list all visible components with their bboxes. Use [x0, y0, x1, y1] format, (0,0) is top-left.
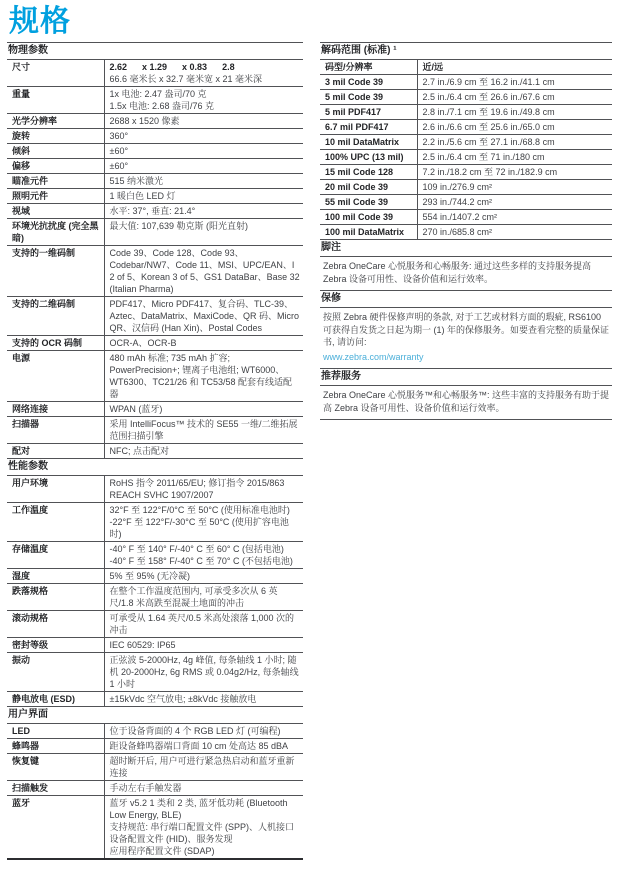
table-row: 存储温度-40° F 至 140° F/-40° C 至 60° C (包括电池…: [7, 542, 303, 569]
spec-value-line: 距设备蜂鸣器端口背面 10 cm 处高达 85 dBA: [110, 740, 301, 752]
decode-range: 2.7 in./6.9 cm 至 16.2 in./41.1 cm: [417, 75, 612, 90]
spec-value-line: OCR-A、OCR-B: [110, 337, 301, 349]
spec-value-line: PDF417、Micro PDF417、复合码、TLC-39、Aztec、Dat…: [110, 298, 301, 334]
spec-label: 倾斜: [7, 144, 104, 159]
paragraph: 按照 Zebra 硬件保修声明的条款, 对于工艺或材料方面的瑕疵, RS6100…: [323, 311, 611, 349]
decode-range: 293 in./744.2 cm²: [417, 195, 612, 210]
spec-value: 正弦波 5-2000Hz, 4g 峰值, 每条轴线 1 小时; 随机 20-20…: [104, 653, 303, 692]
decode-symbology: 15 mil Code 128: [320, 165, 417, 180]
spec-value: 距设备蜂鸣器端口背面 10 cm 处高达 85 dBA: [104, 739, 303, 754]
spec-label: 工作温度: [7, 503, 104, 542]
table-row: 密封等级IEC 60529: IP65: [7, 638, 303, 653]
table-row: 旋转360°: [7, 129, 303, 144]
table-row: 100 mil DataMatrix270 in./685.8 cm²: [320, 225, 612, 240]
spec-value: PDF417、Micro PDF417、复合码、TLC-39、Aztec、Dat…: [104, 297, 303, 336]
spec-label: 扫描触发: [7, 781, 104, 796]
table-row: 5 mil Code 392.5 in./6.4 cm 至 26.6 in./6…: [320, 90, 612, 105]
table-row: 振动正弦波 5-2000Hz, 4g 峰值, 每条轴线 1 小时; 随机 20-…: [7, 653, 303, 692]
spec-value: ±60°: [104, 159, 303, 174]
table-row: 视域水平: 37°, 垂直: 21.4°: [7, 204, 303, 219]
table-row: 支持的一维码制Code 39、Code 128、Code 93、Codebar/…: [7, 246, 303, 297]
decode-symbology: 3 mil Code 39: [320, 75, 417, 90]
spec-value-line: 手动左右手触发器: [110, 782, 301, 794]
spec-value: 采用 IntelliFocus™ 技术的 SE55 一维/二维拓展范围扫描引擎: [104, 417, 303, 444]
spec-label: 重量: [7, 87, 104, 114]
table-row: 15 mil Code 1287.2 in./18.2 cm 至 72 in./…: [320, 165, 612, 180]
spec-label: 光学分辨率: [7, 114, 104, 129]
spec-value-line: ±15kVdc 空气放电; ±8kVdc 接触放电: [110, 693, 301, 705]
spec-table: 用户环境RoHS 指令 2011/65/EU; 修订指令 2015/863REA…: [7, 475, 303, 706]
table-row: 瞄准元件515 纳米激光: [7, 174, 303, 189]
table-row: 配对NFC; 点击配对: [7, 444, 303, 459]
spec-label: 旋转: [7, 129, 104, 144]
section-body: Zebra OneCare 心悦服务和心畅服务: 通过这些多样的支持服务提高 Z…: [320, 256, 612, 290]
spec-label: 蜂鸣器: [7, 739, 104, 754]
table-row: 支持的二维码制PDF417、Micro PDF417、复合码、TLC-39、Az…: [7, 297, 303, 336]
table-row: 跌落规格在整个工作温度范围内, 可承受多次从 6 英尺/1.8 米高跌至混凝土地…: [7, 584, 303, 611]
spec-value: 蓝牙 v5.2 1 类和 2 类, 蓝牙低功耗 (Bluetooth Low E…: [104, 796, 303, 860]
spec-label: 湿度: [7, 569, 104, 584]
table-row: 滚动规格可承受从 1.64 英尺/0.5 米高处滚落 1,000 次的冲击: [7, 611, 303, 638]
table-row: 环境光抗扰度 (完全黑暗)最大值: 107,639 勒克斯 (阳光直射): [7, 219, 303, 246]
decode-symbology: 100% UPC (13 mil): [320, 150, 417, 165]
spec-value-line: NFC; 点击配对: [110, 445, 301, 457]
spec-label: 电源: [7, 351, 104, 402]
spec-value: 515 纳米激光: [104, 174, 303, 189]
spec-value-line: ±60°: [110, 160, 301, 172]
spec-value-line: 1.5x 电池: 2.68 盎司/76 克: [110, 100, 301, 112]
spec-value: 2688 x 1520 像素: [104, 114, 303, 129]
spec-label: 网络连接: [7, 402, 104, 417]
spec-label: 恢复键: [7, 754, 104, 781]
decode-range: 554 in./1407.2 cm²: [417, 210, 612, 225]
table-row: 重量1x 电池: 2.47 盎司/70 克1.5x 电池: 2.68 盎司/76…: [7, 87, 303, 114]
table-row: 静电放电 (ESD)±15kVdc 空气放电; ±8kVdc 接触放电: [7, 692, 303, 707]
spec-value-line: 1x 电池: 2.47 盎司/70 克: [110, 88, 301, 100]
decode-symbology: 55 mil Code 39: [320, 195, 417, 210]
decode-range: 2.2 in./5.6 cm 至 27.1 in./68.8 cm: [417, 135, 612, 150]
spec-label: 瞄准元件: [7, 174, 104, 189]
spec-value-line: Code 39、Code 128、Code 93、Codebar/NW7、Cod…: [110, 247, 301, 295]
spec-value: 2.62 x 1.29 x 0.83 2.866.6 毫米长 x 32.7 毫米…: [104, 60, 303, 87]
decode-col-symbology: 码型/分辨率: [320, 60, 417, 75]
spec-table: 尺寸2.62 x 1.29 x 0.83 2.866.6 毫米长 x 32.7 …: [7, 59, 303, 458]
section-body: 按照 Zebra 硬件保修声明的条款, 对于工艺或材料方面的瑕疵, RS6100…: [320, 307, 612, 368]
spec-value-line: 480 mAh 标准; 735 mAh 扩容; PowerPrecision+;…: [110, 352, 301, 400]
paragraph: Zebra OneCare 心悦服务™和心畅服务™: 这些丰富的支持服务有助于提…: [323, 389, 611, 414]
table-row: 3 mil Code 392.7 in./6.9 cm 至 16.2 in./4…: [320, 75, 612, 90]
spec-value-line: -40° F 至 158° F/-40° C 至 70° C (不包括电池): [110, 555, 301, 567]
spec-value: RoHS 指令 2011/65/EU; 修订指令 2015/863REACH S…: [104, 476, 303, 503]
decode-symbology: 10 mil DataMatrix: [320, 135, 417, 150]
warranty-link[interactable]: www.zebra.com/warranty: [323, 351, 424, 364]
section-header: 解码范围 (标准) ¹: [320, 42, 612, 59]
spec-label: 视域: [7, 204, 104, 219]
section-header: 性能参数: [7, 458, 303, 475]
spec-value: 5% 至 95% (无冷凝): [104, 569, 303, 584]
section-header: 保修: [320, 290, 612, 307]
table-row: 倾斜±60°: [7, 144, 303, 159]
decode-range: 2.5 in./6.4 cm 至 71 in./180 cm: [417, 150, 612, 165]
section-header: 脚注: [320, 239, 612, 256]
table-row: 100 mil Code 39554 in./1407.2 cm²: [320, 210, 612, 225]
spec-value: NFC; 点击配对: [104, 444, 303, 459]
table-row: 55 mil Code 39293 in./744.2 cm²: [320, 195, 612, 210]
decode-range-table: 码型/分辨率近/远3 mil Code 392.7 in./6.9 cm 至 1…: [320, 59, 612, 239]
spec-value: 位于设备背面的 4 个 RGB LED 灯 (可编程): [104, 724, 303, 739]
table-row: 蓝牙蓝牙 v5.2 1 类和 2 类, 蓝牙低功耗 (Bluetooth Low…: [7, 796, 303, 860]
spec-label: 静电放电 (ESD): [7, 692, 104, 707]
spec-value-line: 蓝牙 v5.2 1 类和 2 类, 蓝牙低功耗 (Bluetooth Low E…: [110, 797, 301, 821]
decode-symbology: 100 mil Code 39: [320, 210, 417, 225]
spec-value-line: 515 纳米激光: [110, 175, 301, 187]
spec-value-line: 可承受从 1.64 英尺/0.5 米高处滚落 1,000 次的冲击: [110, 612, 301, 636]
decode-range: 7.2 in./18.2 cm 至 72 in./182.9 cm: [417, 165, 612, 180]
table-row: 用户环境RoHS 指令 2011/65/EU; 修订指令 2015/863REA…: [7, 476, 303, 503]
spec-label: 扫描器: [7, 417, 104, 444]
table-row: 10 mil DataMatrix2.2 in./5.6 cm 至 27.1 i…: [320, 135, 612, 150]
spec-value-line: 1 暖白色 LED 灯: [110, 190, 301, 202]
decode-symbology: 100 mil DataMatrix: [320, 225, 417, 240]
decode-range: 109 in./276.9 cm²: [417, 180, 612, 195]
table-row: 100% UPC (13 mil)2.5 in./6.4 cm 至 71 in.…: [320, 150, 612, 165]
spec-value-line: 32°F 至 122°F/0°C 至 50°C (使用标准电池时): [110, 504, 301, 516]
spec-label: LED: [7, 724, 104, 739]
spec-value: ±60°: [104, 144, 303, 159]
spec-value: 360°: [104, 129, 303, 144]
table-row: 网络连接WPAN (蓝牙): [7, 402, 303, 417]
spec-label: 配对: [7, 444, 104, 459]
decode-symbology: 5 mil PDF417: [320, 105, 417, 120]
section-header: 物理参数: [7, 42, 303, 59]
spec-value-line: RoHS 指令 2011/65/EU; 修订指令 2015/863: [110, 477, 301, 489]
spec-label: 振动: [7, 653, 104, 692]
spec-label: 密封等级: [7, 638, 104, 653]
table-row: 尺寸2.62 x 1.29 x 0.83 2.866.6 毫米长 x 32.7 …: [7, 60, 303, 87]
decode-range: 2.5 in./6.4 cm 至 26.6 in./67.6 cm: [417, 90, 612, 105]
table-row: 5 mil PDF4172.8 in./7.1 cm 至 19.6 in./49…: [320, 105, 612, 120]
spec-value: 可承受从 1.64 英尺/0.5 米高处滚落 1,000 次的冲击: [104, 611, 303, 638]
spec-value-line: 最大值: 107,639 勒克斯 (阳光直射): [110, 220, 301, 232]
spec-label: 蓝牙: [7, 796, 104, 860]
spec-label: 环境光抗扰度 (完全黑暗): [7, 219, 104, 246]
table-row: 6.7 mil PDF4172.6 in./6.6 cm 至 25.6 in./…: [320, 120, 612, 135]
spec-value: 水平: 37°, 垂直: 21.4°: [104, 204, 303, 219]
table-row: 恢复键超时断开后, 用户可进行紧急热启动和蓝牙重新连接: [7, 754, 303, 781]
table-row: 工作温度32°F 至 122°F/0°C 至 50°C (使用标准电池时)-22…: [7, 503, 303, 542]
spec-value: 1x 电池: 2.47 盎司/70 克1.5x 电池: 2.68 盎司/76 克: [104, 87, 303, 114]
spec-value: 超时断开后, 用户可进行紧急热启动和蓝牙重新连接: [104, 754, 303, 781]
left-column: 物理参数尺寸2.62 x 1.29 x 0.83 2.866.6 毫米长 x 3…: [7, 42, 303, 860]
spec-value: IEC 60529: IP65: [104, 638, 303, 653]
spec-label: 支持的一维码制: [7, 246, 104, 297]
paragraph: Zebra OneCare 心悦服务和心畅服务: 通过这些多样的支持服务提高 Z…: [323, 260, 611, 285]
spec-label: 用户环境: [7, 476, 104, 503]
spec-value: -40° F 至 140° F/-40° C 至 60° C (包括电池)-40…: [104, 542, 303, 569]
spec-value-line: 2688 x 1520 像素: [110, 115, 301, 127]
spec-value: OCR-A、OCR-B: [104, 336, 303, 351]
spec-value-line: -22°F 至 122°F/-30°C 至 50°C (使用扩容电池时): [110, 516, 301, 540]
table-row: 扫描器采用 IntelliFocus™ 技术的 SE55 一维/二维拓展范围扫描…: [7, 417, 303, 444]
spec-value-line: 2.62 x 1.29 x 0.83 2.8: [110, 61, 301, 73]
spec-value-line: 水平: 37°, 垂直: 21.4°: [110, 205, 301, 217]
table-row: 照明元件1 暖白色 LED 灯: [7, 189, 303, 204]
spec-value-line: 支持规范: 串行端口配置文件 (SPP)、人机接口设备配置文件 (HID)、服务…: [110, 821, 301, 845]
spec-value: 手动左右手触发器: [104, 781, 303, 796]
spec-value: Code 39、Code 128、Code 93、Codebar/NW7、Cod…: [104, 246, 303, 297]
spec-value-line: 应用程序配置文件 (SDAP): [110, 845, 301, 857]
spec-table: LED位于设备背面的 4 个 RGB LED 灯 (可编程)蜂鸣器距设备蜂鸣器端…: [7, 723, 303, 860]
spec-label: 滚动规格: [7, 611, 104, 638]
spec-value-line: 在整个工作温度范围内, 可承受多次从 6 英尺/1.8 米高跌至混凝土地面的冲击: [110, 585, 301, 609]
decode-col-range: 近/远: [417, 60, 612, 75]
spec-value-line: ±60°: [110, 145, 301, 157]
spec-value-line: REACH SVHC 1907/2007: [110, 489, 301, 501]
spec-label: 照明元件: [7, 189, 104, 204]
spec-value-line: 正弦波 5-2000Hz, 4g 峰值, 每条轴线 1 小时; 随机 20-20…: [110, 654, 301, 690]
table-row: 蜂鸣器距设备蜂鸣器端口背面 10 cm 处高达 85 dBA: [7, 739, 303, 754]
table-row: 20 mil Code 39109 in./276.9 cm²: [320, 180, 612, 195]
spec-value-line: WPAN (蓝牙): [110, 403, 301, 415]
spec-value-line: 360°: [110, 130, 301, 142]
spec-columns: 物理参数尺寸2.62 x 1.29 x 0.83 2.866.6 毫米长 x 3…: [7, 42, 612, 860]
spec-label: 支持的 OCR 码制: [7, 336, 104, 351]
spec-value: 最大值: 107,639 勒克斯 (阳光直射): [104, 219, 303, 246]
spec-value-line: 采用 IntelliFocus™ 技术的 SE55 一维/二维拓展范围扫描引擎: [110, 418, 301, 442]
spec-label: 跌落规格: [7, 584, 104, 611]
spec-label: 偏移: [7, 159, 104, 174]
spec-label: 尺寸: [7, 60, 104, 87]
spec-label: 存储温度: [7, 542, 104, 569]
decode-range: 2.8 in./7.1 cm 至 19.6 in./49.8 cm: [417, 105, 612, 120]
spec-value-line: 位于设备背面的 4 个 RGB LED 灯 (可编程): [110, 725, 301, 737]
decode-header-row: 码型/分辨率近/远: [320, 60, 612, 75]
spec-value-line: 超时断开后, 用户可进行紧急热启动和蓝牙重新连接: [110, 755, 301, 779]
page-title: 规格: [9, 6, 612, 38]
table-row: 光学分辨率2688 x 1520 像素: [7, 114, 303, 129]
table-row: 支持的 OCR 码制OCR-A、OCR-B: [7, 336, 303, 351]
decode-range: 270 in./685.8 cm²: [417, 225, 612, 240]
spec-value: 在整个工作温度范围内, 可承受多次从 6 英尺/1.8 米高跌至混凝土地面的冲击: [104, 584, 303, 611]
table-row: 电源480 mAh 标准; 735 mAh 扩容; PowerPrecision…: [7, 351, 303, 402]
decode-symbology: 6.7 mil PDF417: [320, 120, 417, 135]
spec-label: 支持的二维码制: [7, 297, 104, 336]
spec-value-line: IEC 60529: IP65: [110, 639, 301, 651]
spec-value-line: 66.6 毫米长 x 32.7 毫米宽 x 21 毫米深: [110, 73, 301, 85]
section-header: 推荐服务: [320, 368, 612, 385]
spec-value: 32°F 至 122°F/0°C 至 50°C (使用标准电池时)-22°F 至…: [104, 503, 303, 542]
table-row: 扫描触发手动左右手触发器: [7, 781, 303, 796]
table-row: LED位于设备背面的 4 个 RGB LED 灯 (可编程): [7, 724, 303, 739]
spec-sheet: 规格 物理参数尺寸2.62 x 1.29 x 0.83 2.866.6 毫米长 …: [0, 0, 619, 860]
right-column: 解码范围 (标准) ¹码型/分辨率近/远3 mil Code 392.7 in.…: [320, 42, 612, 420]
table-row: 湿度5% 至 95% (无冷凝): [7, 569, 303, 584]
spec-value: 480 mAh 标准; 735 mAh 扩容; PowerPrecision+;…: [104, 351, 303, 402]
decode-symbology: 20 mil Code 39: [320, 180, 417, 195]
spec-value: ±15kVdc 空气放电; ±8kVdc 接触放电: [104, 692, 303, 707]
section-body: Zebra OneCare 心悦服务™和心畅服务™: 这些丰富的支持服务有助于提…: [320, 385, 612, 420]
table-row: 偏移±60°: [7, 159, 303, 174]
spec-value-line: 5% 至 95% (无冷凝): [110, 570, 301, 582]
spec-value: 1 暖白色 LED 灯: [104, 189, 303, 204]
spec-value: WPAN (蓝牙): [104, 402, 303, 417]
decode-symbology: 5 mil Code 39: [320, 90, 417, 105]
decode-range: 2.6 in./6.6 cm 至 25.6 in./65.0 cm: [417, 120, 612, 135]
spec-value-line: -40° F 至 140° F/-40° C 至 60° C (包括电池): [110, 543, 301, 555]
section-header: 用户界面: [7, 706, 303, 723]
